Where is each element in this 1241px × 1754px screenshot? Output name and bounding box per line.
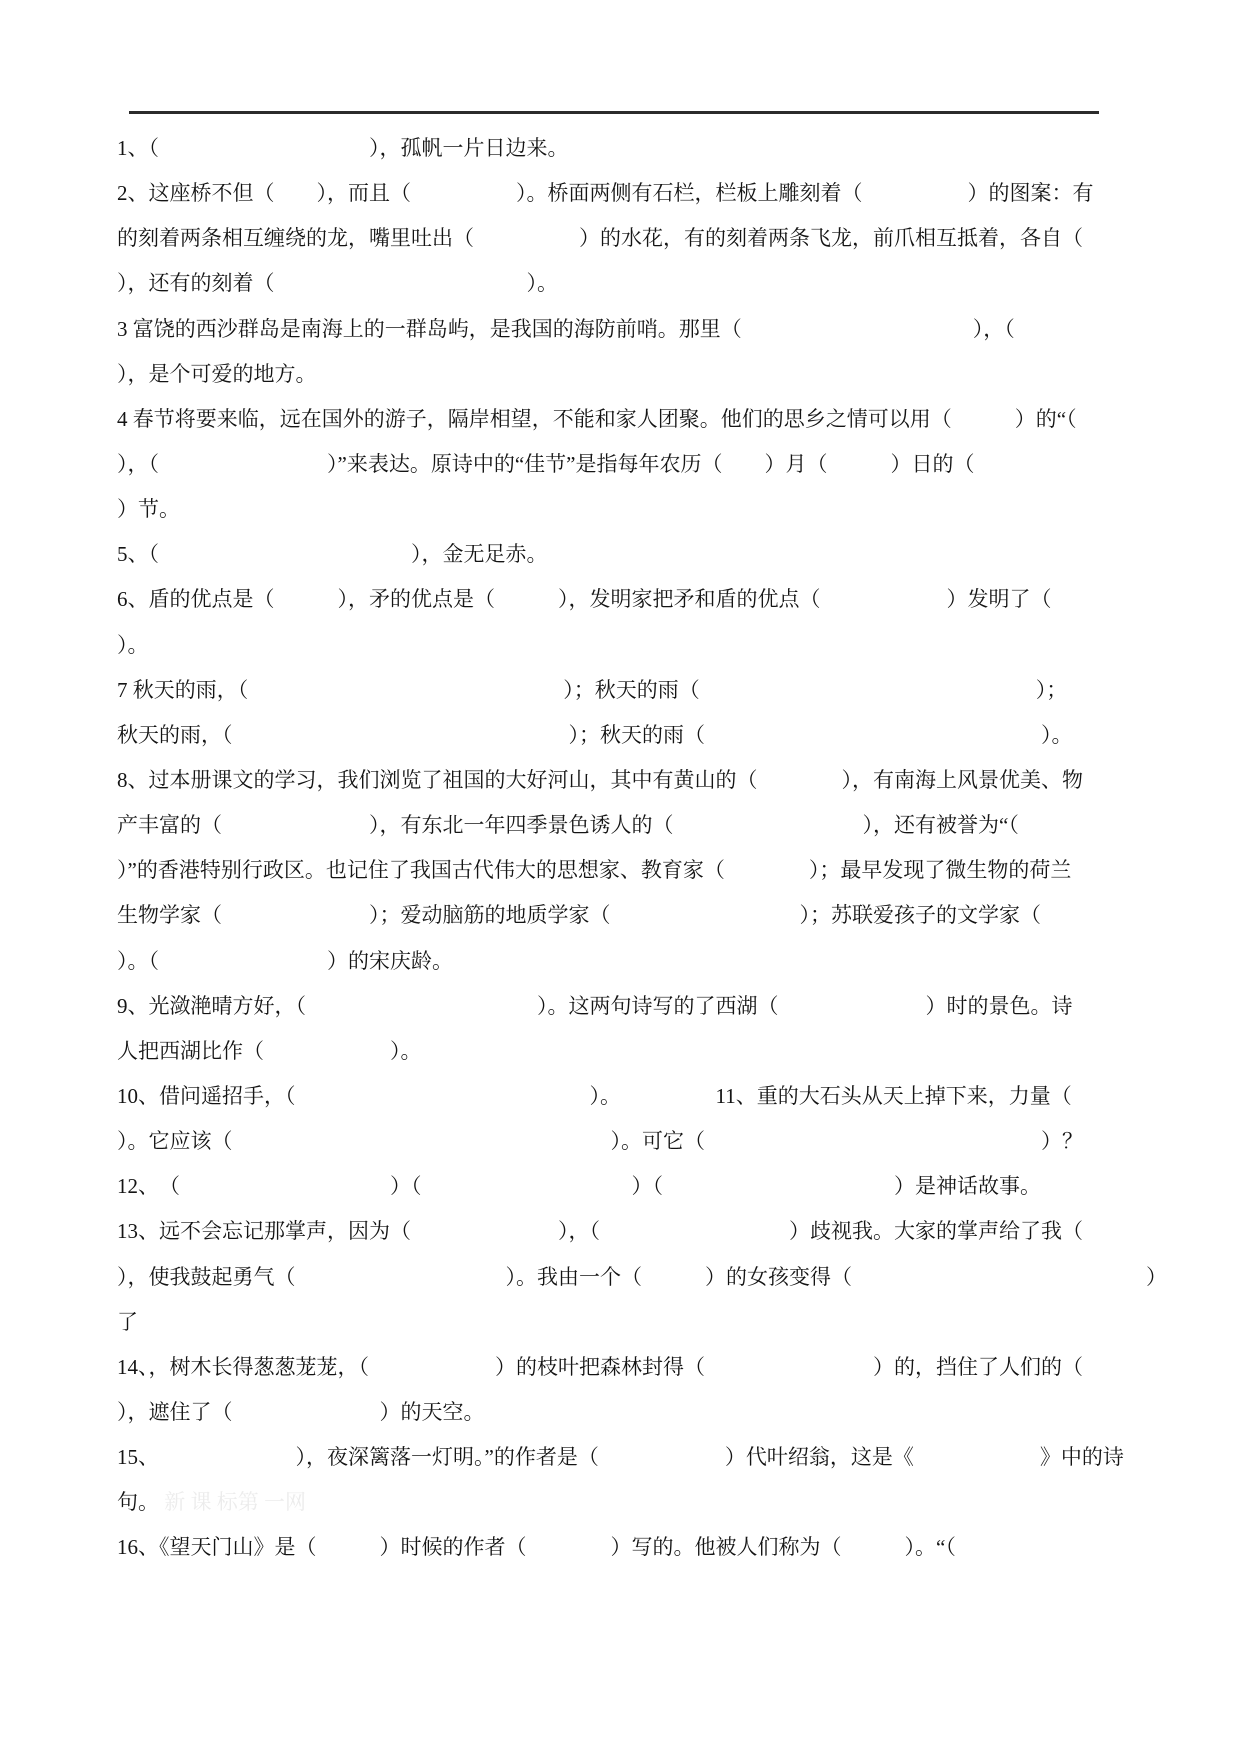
line-text: 了 (117, 1310, 138, 1334)
text-line: 产丰富的（ ），有东北一年四季景色诱人的（ ），还有被誉为“（ (117, 803, 1241, 848)
text-line: 2、这座桥不但（ ），而且（ ）。桥面两侧有石栏，栏板上雕刻着（ ）的图案：有 (117, 171, 1241, 216)
line-text: ），遮住了（ ）的天空。 (117, 1400, 485, 1424)
line-text: ）”的香港特别行政区。也记住了我国古代伟大的思想家、教育家（ ）；最早发现了微生… (117, 858, 1071, 882)
text-line: 人把西湖比作（ ）。 (117, 1029, 1241, 1074)
line-text: 4 春节将要来临，远在国外的游子，隔岸相望，不能和家人团聚。他们的思乡之情可以用… (117, 407, 1077, 431)
text-line: ），还有的刻着（ ）。 (117, 261, 1241, 306)
text-line: ），遮住了（ ）的天空。 (117, 1390, 1241, 1435)
line-text: 5、（ ），金无足赤。 (117, 542, 548, 566)
line-text: 16、《望天门山》是（ ）时候的作者（ ）写的。他被人们称为（ ）。“（ (117, 1535, 956, 1559)
line-text: ），是个可爱的地方。 (117, 362, 317, 386)
text-line: 7 秋天的雨，（ ）；秋天的雨（ ）； (117, 668, 1241, 713)
text-line: ）”的香港特别行政区。也记住了我国古代伟大的思想家、教育家（ ）；最早发现了微生… (117, 848, 1241, 893)
text-line: 8、过本册课文的学习，我们浏览了祖国的大好河山，其中有黄山的（ ），有南海上风景… (117, 758, 1241, 803)
text-line: 1、（ ），孤帆一片日边来。 (117, 126, 1241, 171)
text-line: 10、借问遥招手，（ ）。 11、重的大石头从天上掉下来，力量（ (117, 1074, 1241, 1119)
text-line: 14、，树木长得葱葱茏茏，（ ）的枝叶把森林封得（ ）的，挡住了人们的（ (117, 1345, 1241, 1390)
line-text: 句。 (117, 1490, 159, 1514)
watermark-text: 新 课 标第 一网 (159, 1490, 306, 1514)
text-line: 生物学家（ ）；爱动脑筋的地质学家（ ）；苏联爱孩子的文学家（ (117, 893, 1241, 938)
line-text: 8、过本册课文的学习，我们浏览了祖国的大好河山，其中有黄山的（ ），有南海上风景… (117, 768, 1083, 792)
text-line: ）。它应该（ ）。可它（ ）？ (117, 1119, 1241, 1164)
line-text: 14、，树木长得葱葱茏茏，（ ）的枝叶把森林封得（ ）的，挡住了人们的（ (117, 1355, 1083, 1379)
line-text: ）。（ ）的宋庆龄。 (117, 949, 453, 973)
line-text: ），还有的刻着（ ）。 (117, 271, 558, 295)
line-text: 1、（ ），孤帆一片日边来。 (117, 136, 569, 160)
line-text: 13、远不会忘记那掌声，因为（ ），（ ）歧视我。大家的掌声给了我（ (117, 1219, 1083, 1243)
line-text: 6、盾的优点是（ ），矛的优点是（ ），发明家把矛和盾的优点（ ）发明了（ (117, 587, 1052, 611)
line-text: 3 富饶的西沙群岛是南海上的一群岛屿，是我国的海防前哨。那里（ ），（ (117, 317, 1015, 341)
line-text: ）节。 (117, 497, 180, 521)
line-text: 的刻着两条相互缠绕的龙，嘴里吐出（ ）的水花，有的刻着两条飞龙，前爪相互抵着，各… (117, 226, 1083, 250)
text-line: 9、光潋滟晴方好，（ ）。这两句诗写的了西湖（ ）时的景色。诗 (117, 984, 1241, 1029)
text-line: 13、远不会忘记那掌声，因为（ ），（ ）歧视我。大家的掌声给了我（ (117, 1209, 1241, 1254)
line-text: 15、 ），夜深篱落一灯明。”的作者是（ ）代叶绍翁，这是《 》中的诗 (117, 1445, 1124, 1469)
text-line: 5、（ ），金无足赤。 (117, 532, 1241, 577)
line-text: 9、光潋滟晴方好，（ ）。这两句诗写的了西湖（ ）时的景色。诗 (117, 994, 1073, 1018)
text-line: 4 春节将要来临，远在国外的游子，隔岸相望，不能和家人团聚。他们的思乡之情可以用… (117, 397, 1241, 442)
text-line: 句。 新 课 标第 一网 (117, 1480, 1241, 1525)
text-line: 秋天的雨，（ ）；秋天的雨（ ）。 (117, 713, 1241, 758)
line-text: 10、借问遥招手，（ ）。 11、重的大石头从天上掉下来，力量（ (117, 1084, 1072, 1108)
header-rule (129, 111, 1099, 114)
line-text: 产丰富的（ ），有东北一年四季景色诱人的（ ），还有被誉为“（ (117, 813, 1019, 837)
text-line: ）。（ ）的宋庆龄。 (117, 939, 1241, 984)
text-line: ），使我鼓起勇气（ ）。我由一个（ ）的女孩变得（ ） (117, 1255, 1241, 1300)
text-line: 6、盾的优点是（ ），矛的优点是（ ），发明家把矛和盾的优点（ ）发明了（ (117, 577, 1241, 622)
line-text: 秋天的雨，（ ）；秋天的雨（ ）。 (117, 723, 1073, 747)
line-text: 7 秋天的雨，（ ）；秋天的雨（ ）； (117, 678, 1067, 702)
line-text: ），使我鼓起勇气（ ）。我由一个（ ）的女孩变得（ ） (117, 1265, 1167, 1289)
text-line: ），是个可爱的地方。 (117, 352, 1241, 397)
text-line: 了 (117, 1300, 1241, 1345)
line-text: 2、这座桥不但（ ），而且（ ）。桥面两侧有石栏，栏板上雕刻着（ ）的图案：有 (117, 181, 1094, 205)
line-text: 生物学家（ ）；爱动脑筋的地质学家（ ）；苏联爱孩子的文学家（ (117, 903, 1041, 927)
worksheet-page: 1、（ ），孤帆一片日边来。2、这座桥不但（ ），而且（ ）。桥面两侧有石栏，栏… (0, 0, 1241, 1754)
text-line: ），（ ）”来表达。原诗中的“佳节”是指每年农历（ ）月（ ）日的（ (117, 442, 1241, 487)
line-text: 12、 （ ）（ ）（ ）是神话故事。 (117, 1174, 1041, 1198)
text-line: 的刻着两条相互缠绕的龙，嘴里吐出（ ）的水花，有的刻着两条飞龙，前爪相互抵着，各… (117, 216, 1241, 261)
text-line: 15、 ），夜深篱落一灯明。”的作者是（ ）代叶绍翁，这是《 》中的诗 (117, 1435, 1241, 1480)
text-line: 16、《望天门山》是（ ）时候的作者（ ）写的。他被人们称为（ ）。“（ (117, 1525, 1241, 1570)
line-text: 人把西湖比作（ ）。 (117, 1039, 422, 1063)
line-text: ），（ ）”来表达。原诗中的“佳节”是指每年农历（ ）月（ ）日的（ (117, 452, 974, 476)
text-line: 3 富饶的西沙群岛是南海上的一群岛屿，是我国的海防前哨。那里（ ），（ (117, 307, 1241, 352)
text-line: ）。 (117, 623, 1241, 668)
text-line: 12、 （ ）（ ）（ ）是神话故事。 (117, 1164, 1241, 1209)
line-text: ）。 (117, 633, 149, 657)
text-line: ）节。 (117, 487, 1241, 532)
worksheet-body: 1、（ ），孤帆一片日边来。2、这座桥不但（ ），而且（ ）。桥面两侧有石栏，栏… (117, 126, 1241, 1571)
line-text: ）。它应该（ ）。可它（ ）？ (117, 1129, 1083, 1153)
